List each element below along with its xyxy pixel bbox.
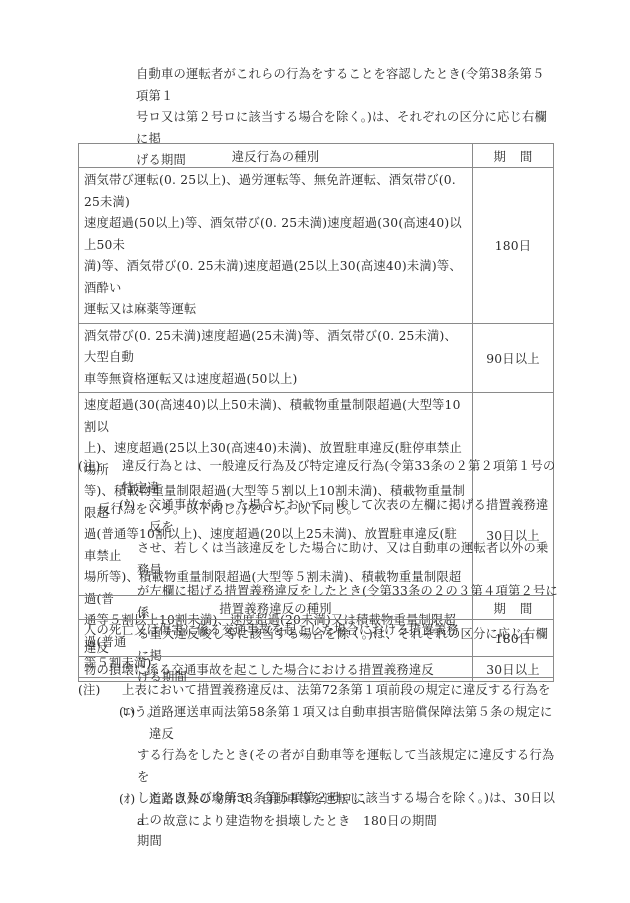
- header-period-char: 間: [520, 602, 533, 616]
- text-line: 車等無資格運転又は速度超過(50以上): [84, 369, 467, 391]
- text-line: させ、若しくは当該違反をした場合に助け、又は自動車の運転者以外の乗務員: [119, 538, 559, 581]
- period-value: 180日: [473, 620, 554, 657]
- violation-description: 酒気帯び運転(0. 25以上)、過労運転等、無免許運転、酒気帯び(0. 25未満…: [79, 168, 473, 324]
- text-line: 違反行為とは、一般違反行為及び特定違反行為(令第33条の２第２項第１号の特定違: [78, 456, 558, 499]
- period-value: 30日以上: [473, 657, 554, 682]
- header-violation-type: 措置義務違反の種別: [79, 596, 473, 620]
- header-period: 期間: [473, 144, 554, 168]
- measure-obligation-table: 措置義務違反の種別 期間 人の死亡又は傷害に係る交通事故を起こした場合における措…: [78, 595, 554, 682]
- header-violation-type: 違反行為の種別: [79, 144, 473, 168]
- item-label: (ｵ): [119, 789, 135, 811]
- table-row: 物の損壊に係る交通事故を起こした場合における措置義務違反 30日以上: [79, 657, 554, 682]
- violation-description: 酒気帯び(0. 25未満)速度超過(25未満)等、酒気帯び(0. 25未満)、大…: [79, 323, 473, 393]
- item-label: (ｳ): [119, 495, 135, 517]
- text-line: 道路運送車両法第58条第１項又は自動車損害賠償保障法第５条の規定に違反: [119, 702, 559, 745]
- note-label: (注): [78, 456, 101, 478]
- text-line: 自動車の運転者がこれらの行為をすることを容認したとき(令第38条第５項第１: [136, 64, 556, 107]
- text-line: 運転又は麻薬等運転: [84, 299, 467, 321]
- text-line: する行為をしたとき(その者が自動車等を運転して当該規定に違反する行為を: [119, 745, 559, 788]
- period-value: 180日: [473, 168, 554, 324]
- violation-description: 物の損壊に係る交通事故を起こした場合における措置義務違反: [79, 657, 473, 682]
- header-period-char: 期: [494, 602, 507, 616]
- text-line: 故意により建造物を損壊したとき 180日の期間: [137, 811, 557, 833]
- item-a-paragraph: a 故意により建造物を損壊したとき 180日の期間: [137, 811, 557, 833]
- note-label: (注): [78, 680, 101, 702]
- table-row: 酒気帯び(0. 25未満)速度超過(25未満)等、酒気帯び(0. 25未満)、大…: [79, 323, 554, 393]
- header-period-char: 期: [494, 150, 507, 164]
- text-line: 酒気帯び運転(0. 25以上)、過労運転等、無免許運転、酒気帯び(0. 25未満…: [84, 170, 467, 213]
- violation-description: 人の死亡又は傷害に係る交通事故を起こした場合における措置義務違反: [79, 620, 473, 657]
- text-line: 交通事故があった場合において、唆して次表の左欄に掲げる措置義務違反を: [119, 495, 559, 538]
- text-line: 道路以外の場所で、自動車等を運転し、: [119, 789, 559, 811]
- item-label: (ｴ): [119, 702, 135, 724]
- table-header-row: 措置義務違反の種別 期間: [79, 596, 554, 620]
- header-period: 期間: [473, 596, 554, 620]
- period-value: 90日以上: [473, 323, 554, 393]
- item-label: a: [137, 811, 145, 833]
- text-line: 酒気帯び(0. 25未満)速度超過(25未満)等、酒気帯び(0. 25未満)、大…: [84, 326, 467, 369]
- text-line: 速度超過(30(高速40)以上50未満)、積載物重量制限超過(大型等10割以: [84, 395, 467, 438]
- table-header-row: 違反行為の種別 期間: [79, 144, 554, 168]
- table-row: 人の死亡又は傷害に係る交通事故を起こした場合における措置義務違反 180日: [79, 620, 554, 657]
- text-line: 満)等、酒気帯び(0. 25未満)速度超過(25以上30(高速40)未満)等、酒…: [84, 256, 467, 299]
- text-line: 期間: [119, 831, 559, 853]
- item-o-paragraph: (ｵ) 道路以外の場所で、自動車等を運転し、: [119, 789, 559, 811]
- header-period-char: 間: [520, 150, 533, 164]
- text-line: 速度超過(50以上)等、酒気帯び(0. 25未満)速度超過(30(高速40)以上…: [84, 213, 467, 256]
- table-row: 酒気帯び運転(0. 25以上)、過労運転等、無免許運転、酒気帯び(0. 25未満…: [79, 168, 554, 324]
